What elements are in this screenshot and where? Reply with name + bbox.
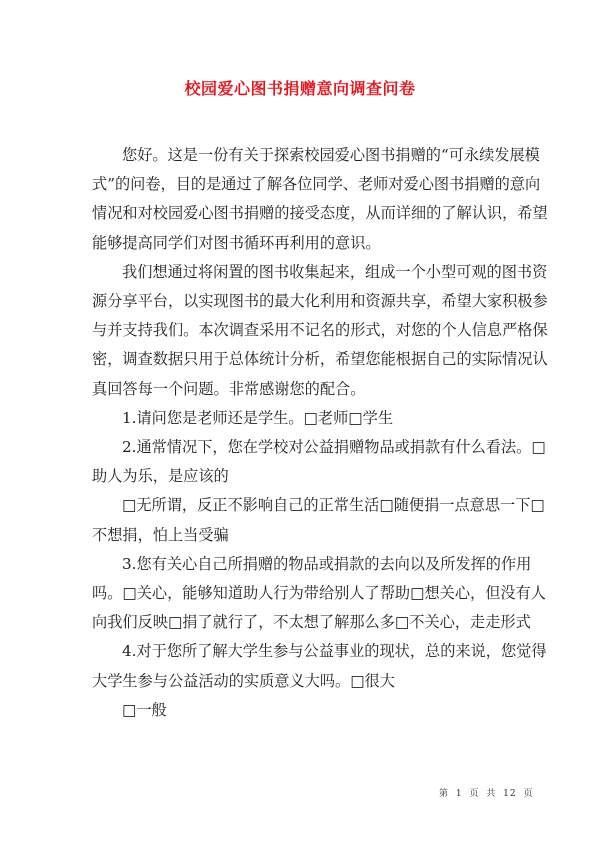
question-1: 1.请问您是老师还是学生。□老师□学生 (92, 404, 510, 433)
text-line: 向我们反映□捐了就行了，不太想了解那么多□不关心，走走形式 (92, 608, 510, 637)
text-line: □无所谓，反正不影响自己的正常生活□随便捐一点意思一下□ (92, 491, 510, 520)
question-2: 2.通常情况下，您在学校对公益捐赠物品或捐款有什么看法。□ 助人为乐，是应该的 (92, 433, 510, 491)
page-number-footer: 第 1 页 共 12 页 (439, 786, 533, 799)
text-line: 您好。这是一份有关于探索校园爱心图书捐赠的“可永续发展模 (92, 141, 510, 170)
text-line: 大学生参与公益活动的实质意义大吗。□很大 (92, 667, 510, 696)
text-line: 吗。□关心，能够知道助人行为带给别人了帮助□想关心，但没有人 (92, 579, 510, 608)
text-line: 情况和对校园爱心图书捐赠的接受态度，从而详细的了解认识，希望 (92, 199, 510, 228)
text-line: 3.您有关心自己所捐赠的物品或捐款的去向以及所发挥的作用 (92, 550, 510, 579)
document-title: 校园爱心图书捐赠意向调查问卷 (0, 76, 600, 99)
question-3: 3.您有关心自己所捐赠的物品或捐款的去向以及所发挥的作用 吗。□关心，能够知道助… (92, 550, 510, 638)
text-line: 助人为乐，是应该的 (92, 462, 510, 491)
text-line: 与并支持我们。本次调查采用不记名的形式，对您的个人信息严格保 (92, 316, 510, 345)
question-4-options: □一般 (92, 696, 510, 725)
text-line: 不想捐，怕上当受骗 (92, 521, 510, 550)
text-line: 1.请问您是老师还是学生。□老师□学生 (92, 404, 510, 433)
text-line: □一般 (92, 696, 510, 725)
question-2-options: □无所谓，反正不影响自己的正常生活□随便捐一点意思一下□ 不想捐，怕上当受骗 (92, 491, 510, 549)
document-page: 校园爱心图书捐赠意向调查问卷 您好。这是一份有关于探索校园爱心图书捐赠的“可永续… (0, 0, 600, 848)
text-line: 能够提高同学们对图书循环再利用的意识。 (92, 229, 510, 258)
text-line: 真回答每一个问题。非常感谢您的配合。 (92, 375, 510, 404)
text-line: 2.通常情况下，您在学校对公益捐赠物品或捐款有什么看法。□ (92, 433, 510, 462)
text-line: 我们想通过将闲置的图书收集起来，组成一个小型可观的图书资 (92, 258, 510, 287)
text-line: 源分享平台，以实现图书的最大化利用和资源共享，希望大家积极参 (92, 287, 510, 316)
document-body: 您好。这是一份有关于探索校园爱心图书捐赠的“可永续发展模 式”的问卷，目的是通过… (92, 141, 510, 725)
text-line: 4.对于您所了解大学生参与公益事业的现状，总的来说，您觉得 (92, 637, 510, 666)
question-4: 4.对于您所了解大学生参与公益事业的现状，总的来说，您觉得 大学生参与公益活动的… (92, 637, 510, 695)
intro-paragraph: 您好。这是一份有关于探索校园爱心图书捐赠的“可永续发展模 式”的问卷，目的是通过… (92, 141, 510, 258)
purpose-paragraph: 我们想通过将闲置的图书收集起来，组成一个小型可观的图书资 源分享平台，以实现图书… (92, 258, 510, 404)
text-line: 密，调查数据只用于总体统计分析，希望您能根据自己的实际情况认 (92, 345, 510, 374)
text-line: 式”的问卷，目的是通过了解各位同学、老师对爱心图书捐赠的意向 (92, 170, 510, 199)
